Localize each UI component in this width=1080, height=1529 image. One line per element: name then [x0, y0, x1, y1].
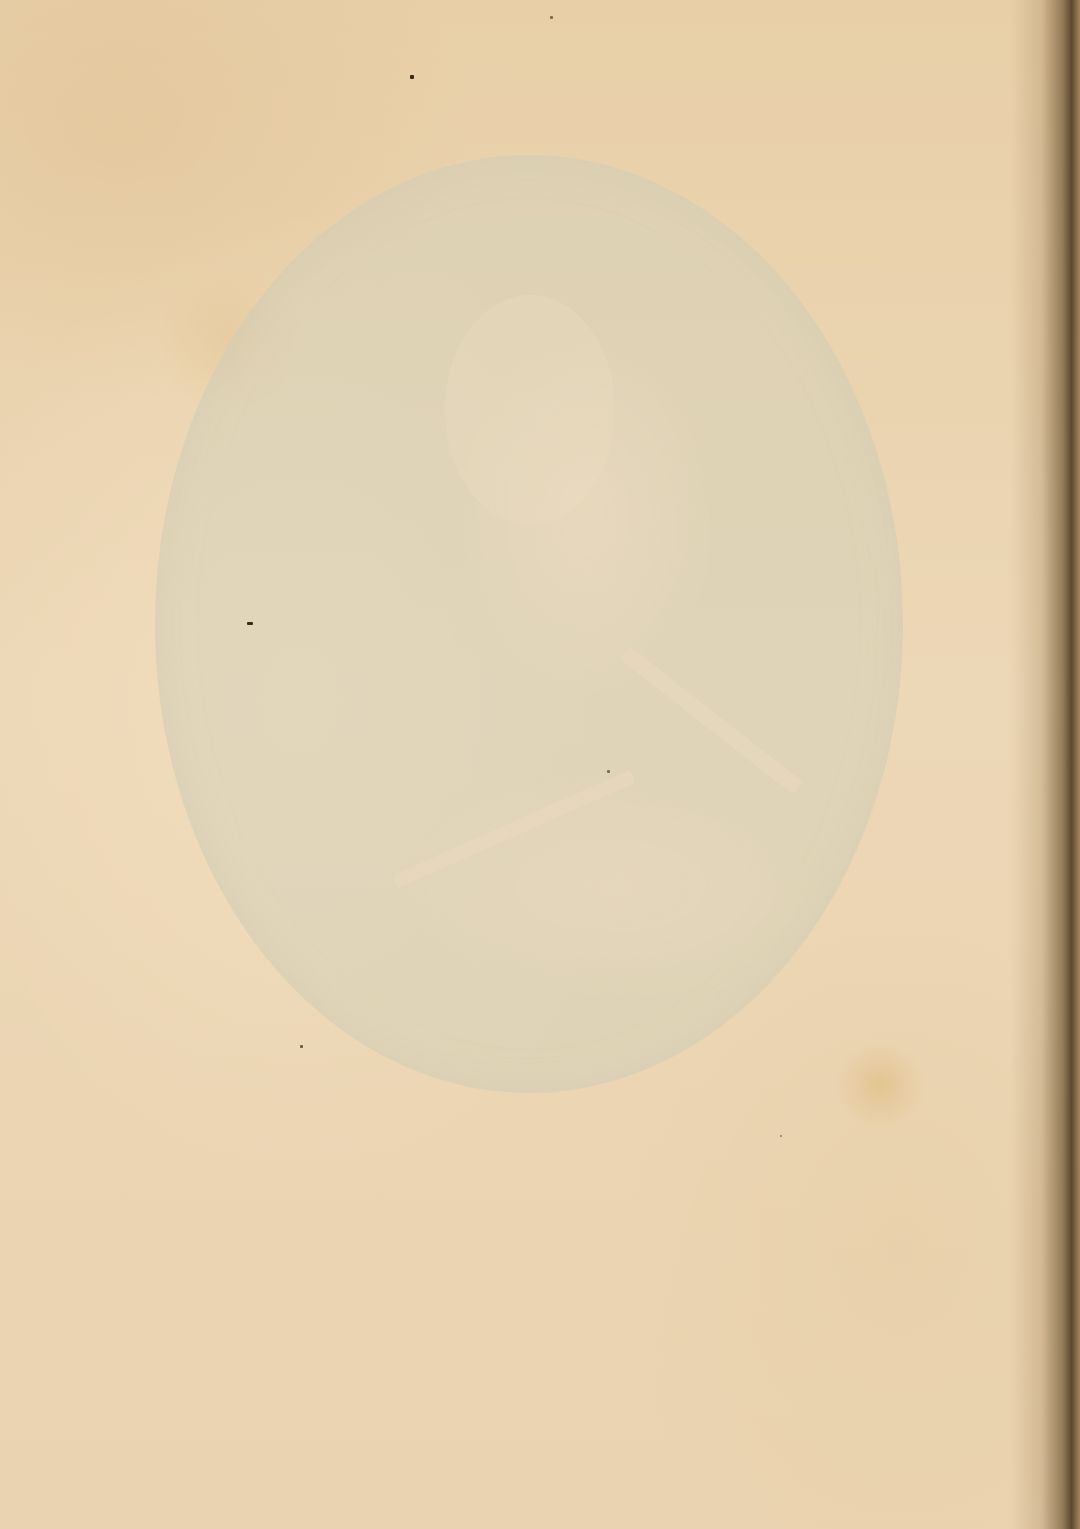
- portrait-shoulder-line: [620, 647, 803, 795]
- ink-speck: [780, 1135, 782, 1137]
- foxing-stain: [835, 1040, 925, 1130]
- ink-speck: [247, 622, 253, 625]
- portrait-oval-showthrough: [155, 155, 903, 1093]
- portrait-head-area: [445, 295, 615, 525]
- ink-speck: [550, 16, 553, 19]
- binding-gutter-shadow: [1010, 0, 1080, 1529]
- book-page: [0, 0, 1080, 1529]
- ink-speck: [410, 75, 414, 79]
- portrait-shoulder-line: [392, 770, 635, 889]
- ink-speck: [300, 1045, 303, 1048]
- ink-speck: [607, 770, 610, 773]
